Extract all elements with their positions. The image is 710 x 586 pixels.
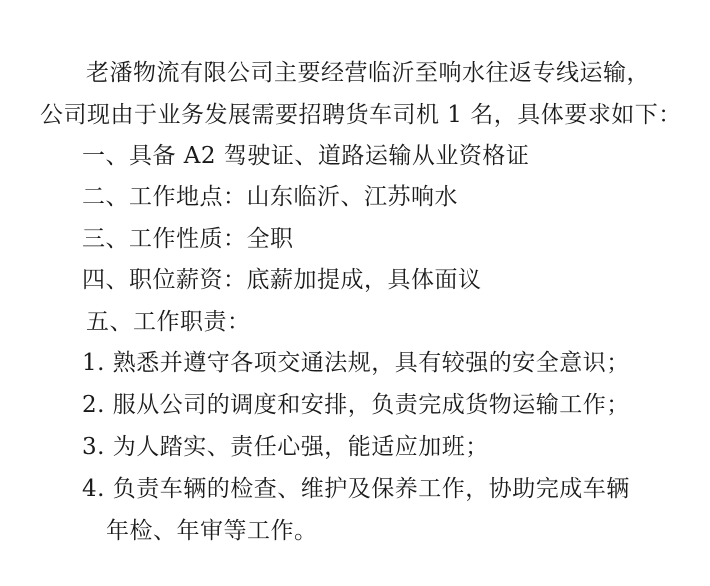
requirement-location: 二、工作地点：山东临沂、江苏响水 xyxy=(82,182,458,212)
intro-line-2: 公司现由于业务发展需要招聘货车司机 1 名，具体要求如下： xyxy=(40,100,682,130)
duty-item-2: 2. 服从公司的调度和安排，负责完成货物运输工作； xyxy=(82,390,630,420)
requirement-salary: 四、职位薪资：底薪加提成，具体面议 xyxy=(82,265,482,295)
duty-item-1: 1. 熟悉并遵守各项交通法规，具有较强的安全意识； xyxy=(82,348,630,378)
requirement-duties-heading: 五、工作职责： xyxy=(86,307,251,337)
requirement-job-type: 三、工作性质：全职 xyxy=(82,224,294,254)
duty-item-4-continuation: 年检、年审等工作。 xyxy=(106,516,318,546)
requirement-license: 一、具备 A2 驾驶证、道路运输从业资格证 xyxy=(82,141,529,171)
intro-line-1: 老潘物流有限公司主要经营临沂至响水往返专线运输， xyxy=(86,58,650,88)
duty-item-3: 3. 为人踏实、责任心强，能适应加班； xyxy=(82,432,489,462)
duty-item-4: 4. 负责车辆的检查、维护及保养工作，协助完成车辆 xyxy=(82,474,630,504)
